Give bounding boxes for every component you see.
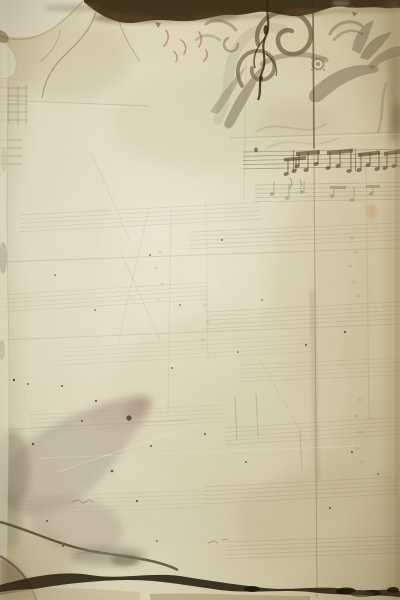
- parchment-artwork: [0, 0, 400, 600]
- vignette: [0, 0, 400, 600]
- aged-parchment-photo: [0, 0, 400, 600]
